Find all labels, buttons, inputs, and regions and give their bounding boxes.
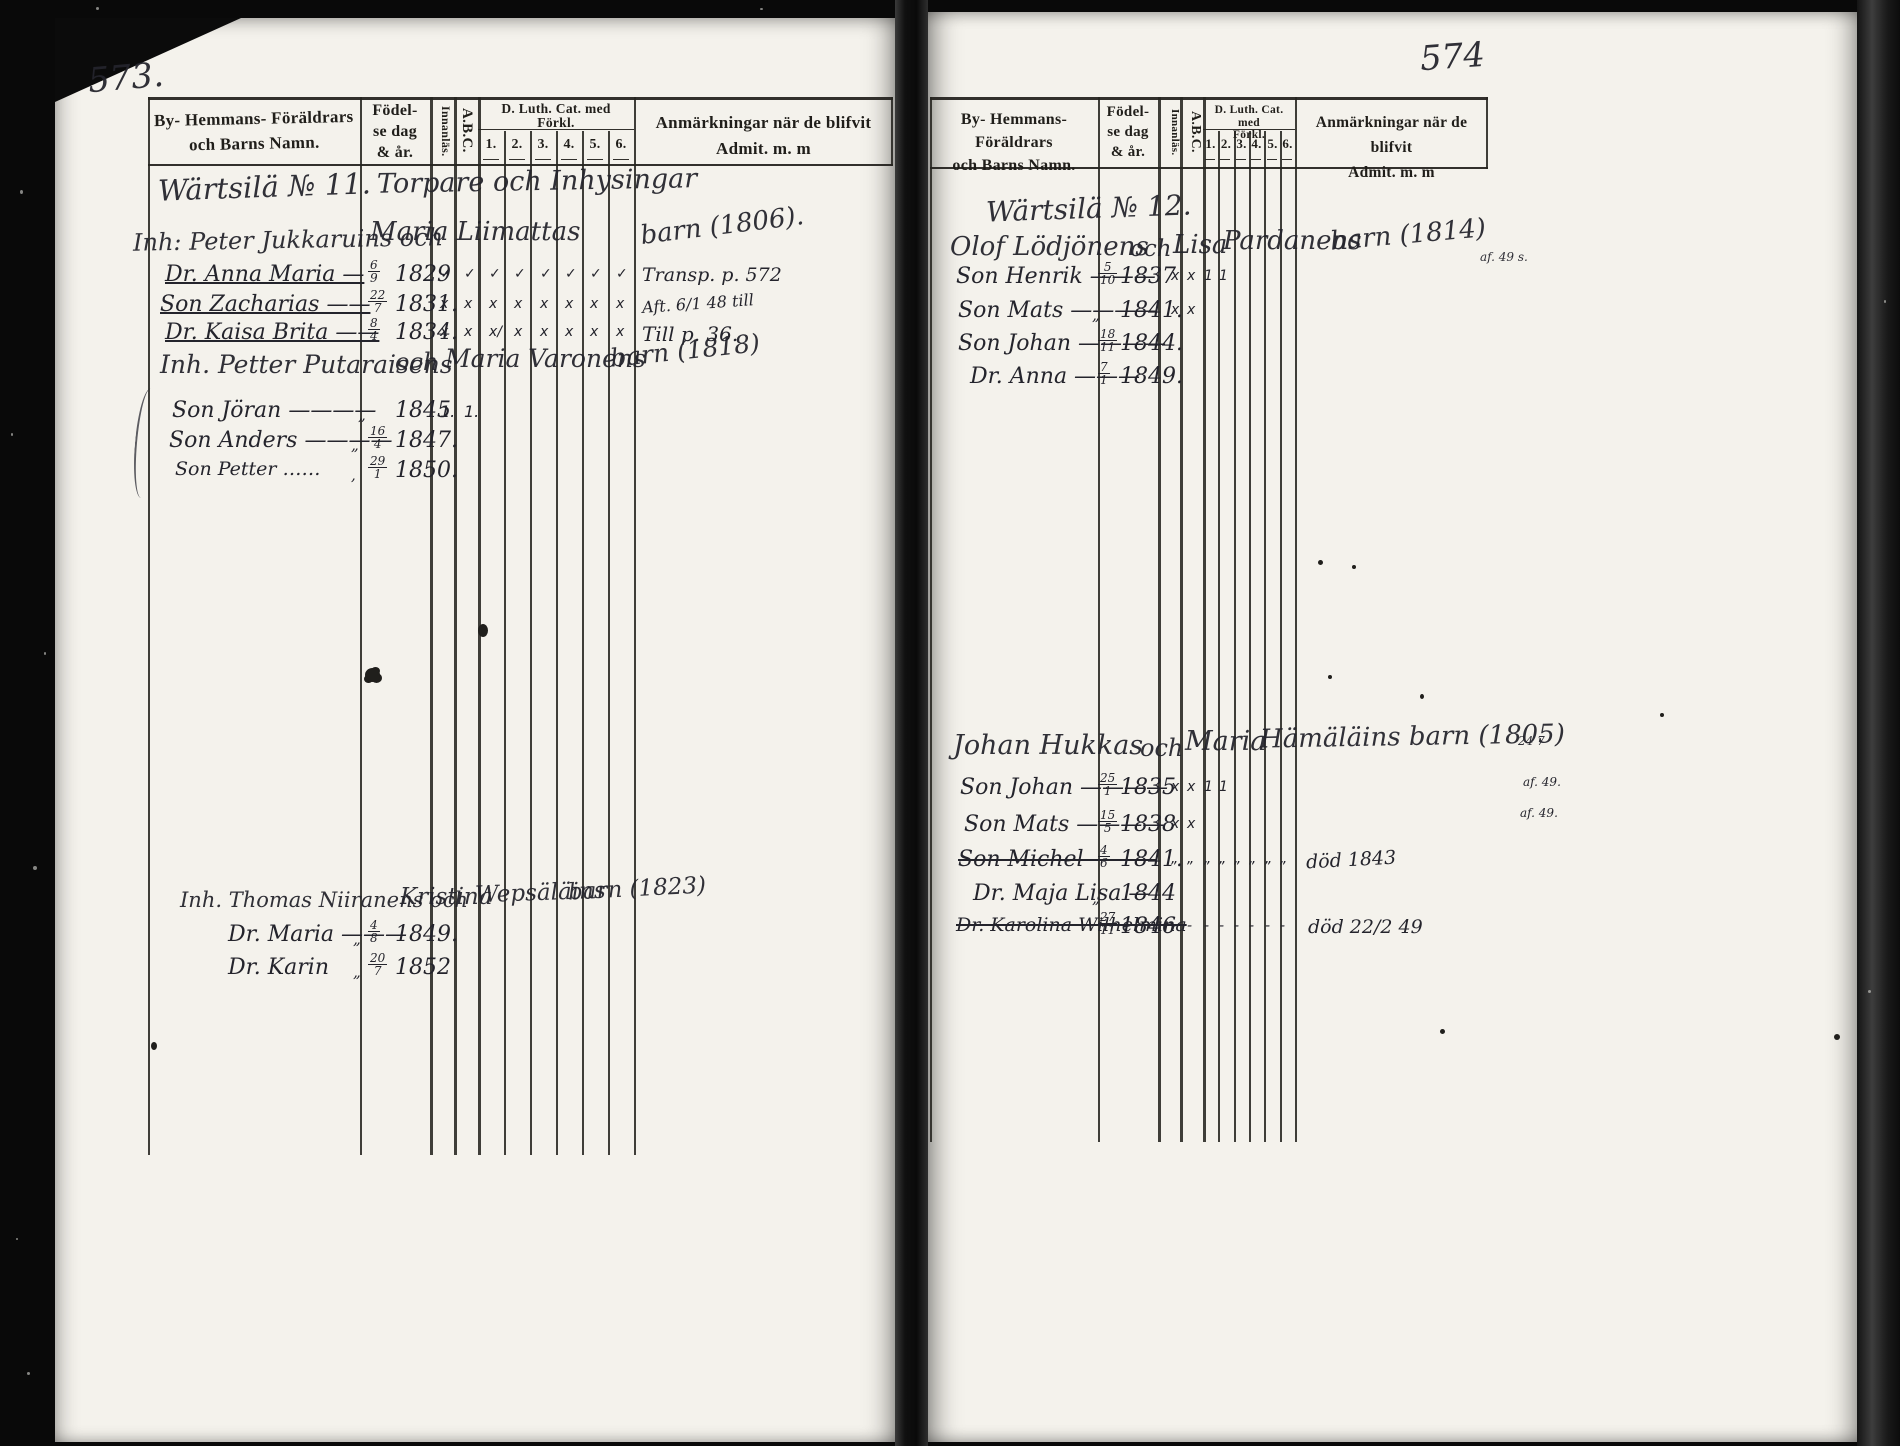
header-rule-right — [1486, 97, 1488, 169]
exam-mark: x — [1187, 779, 1195, 795]
header-remarks-line1: Anmärkningar när de blifvit — [1295, 110, 1488, 160]
child-name: Son Jöran ———— — [172, 398, 376, 423]
header-birth-line1: Födel- — [360, 100, 430, 121]
header-cat-col-6: 6. — [1280, 136, 1295, 152]
exam-mark: x — [1187, 268, 1195, 284]
birth-year: 1849. — [395, 922, 458, 947]
family-och: och — [395, 348, 438, 376]
page-number: 574 — [1419, 35, 1487, 79]
exam-mark: ✓ — [464, 266, 476, 282]
exam-mark: 1 — [1204, 779, 1213, 795]
birth-date-month: 1 — [1098, 785, 1117, 797]
exam-mark: ✓ — [540, 266, 552, 282]
exam-mark: ✓ — [590, 266, 602, 282]
remark: af. 49. — [1523, 775, 1561, 789]
cat-number-underline — [1251, 159, 1261, 160]
scan-speck — [33, 866, 37, 870]
birth-date-month: 7 — [368, 965, 387, 977]
exam-mark: „ — [1204, 851, 1211, 867]
birth-date-month: 5 — [1098, 822, 1117, 834]
exam-mark: x — [489, 296, 497, 312]
header-remarks-line2: Admit. m. m — [634, 136, 893, 162]
ditto-mark: , — [351, 466, 356, 484]
exam-mark: 1 — [1219, 268, 1228, 284]
exam-mark: x — [590, 324, 598, 340]
record-row: Son Anders ———— „ 164 1847. — [55, 428, 895, 460]
header-names-column: By- Hemmans- Föräldrars och Barns Namn. — [147, 104, 360, 158]
header-cat-col-4: 4. — [556, 137, 582, 153]
ink-blot — [151, 1042, 157, 1050]
cat-number-underline — [1205, 159, 1215, 160]
exam-mark: x — [514, 296, 522, 312]
exam-mark: x — [1171, 779, 1179, 795]
column-rule — [634, 97, 636, 1155]
header-rule-top — [148, 97, 893, 100]
birth-year: 1831. — [395, 292, 458, 317]
scan-speck — [760, 8, 763, 10]
record-row: Son Henrik ——— 510 1837 x x 1 1 — [928, 264, 1857, 296]
ink-blot — [1352, 565, 1356, 569]
header-abc-column: A.B.C. — [1183, 100, 1203, 164]
exam-mark: x — [1171, 816, 1179, 832]
exam-mark: ✓ — [489, 266, 501, 282]
ink-blot — [1328, 675, 1332, 679]
ink-blot — [478, 624, 488, 637]
header-birth-column: Födel- se dag & år. — [360, 100, 430, 163]
birth-year: 1844. — [1120, 331, 1183, 356]
record-row: Son Petter …… , 291 1850. — [55, 458, 895, 490]
record-row: Son Johan ———— 251 1835 x x 1 1 af. 49. — [928, 775, 1857, 807]
header-names-line2: och Barns Namn. — [930, 154, 1098, 177]
birth-date-month: 4 — [368, 438, 387, 450]
scan-speck — [1884, 300, 1886, 303]
birth-date: 227 — [368, 289, 387, 314]
header-birth-line3: & år. — [360, 142, 430, 163]
cat-number-underline — [483, 159, 499, 160]
column-rule — [930, 97, 932, 1142]
header-abc-column: A.B.C. — [455, 98, 475, 162]
column-rule — [430, 97, 433, 1155]
cat-number-underline — [535, 159, 551, 160]
header-catechism-line1: D. Luth. Cat. med — [1203, 104, 1295, 129]
exam-mark: ✓ — [565, 266, 577, 282]
family-mother: Maria Liimattas — [370, 217, 580, 247]
birth-date-month: 9 — [368, 272, 380, 284]
header-rule-top — [930, 97, 1488, 100]
column-rule — [454, 97, 457, 1155]
birth-date-month: 4 — [368, 330, 380, 342]
exam-mark: - — [1280, 918, 1285, 934]
ink-blot — [1834, 1034, 1840, 1040]
exam-mark: x — [616, 324, 624, 340]
family-children-year: barn (1806). — [639, 201, 806, 251]
family-och: och — [1130, 236, 1172, 262]
record-row: Son Johan ———— 1811 1844. — [928, 331, 1857, 363]
birth-date-month: 11 — [1098, 341, 1117, 353]
cat-number-underline — [1220, 159, 1230, 160]
birth-year: 1838 — [1120, 812, 1176, 837]
birth-date: 1811 — [1098, 328, 1117, 353]
header-birth-line1: Födel- — [1098, 102, 1158, 122]
child-name: Son Petter …… — [175, 458, 321, 480]
header-cat-col-6: 6. — [608, 137, 634, 153]
exam-mark: - — [1265, 918, 1270, 934]
ink-blot — [1660, 713, 1664, 717]
record-row: Son Jöran ———— „ 1845 1. 1. — [55, 398, 895, 430]
child-name: Dr. Kaisa Brita —— — [165, 320, 379, 345]
header-cat-col-3: 3. — [1234, 136, 1249, 152]
scan-speck — [16, 1238, 18, 1240]
birth-date-month: 1 — [1098, 374, 1110, 386]
header-reading-column: Innanläs. — [433, 100, 453, 162]
catechism-subrule — [478, 129, 634, 130]
record-row: Dr. Karin „ 207 1852 — [55, 955, 895, 987]
header-names-line1: By- Hemmans- Föräldrars — [147, 104, 359, 133]
ink-blot — [1440, 1029, 1445, 1034]
child-name: Dr. Maria ——— — [228, 922, 407, 947]
birth-date-month: 7 — [368, 302, 387, 314]
exam-mark: - — [1171, 918, 1176, 934]
section-heading-text: Torpare och Inhysingar — [377, 163, 698, 200]
exam-mark: x — [1187, 816, 1195, 832]
birth-date: 155 — [1098, 809, 1117, 834]
header-remarks-line2: Admit. m. m — [1295, 160, 1488, 185]
header-cat-col-4: 4. — [1249, 136, 1264, 152]
birth-year: 1852 — [395, 955, 451, 980]
remark: Transp. p. 572 — [642, 264, 782, 286]
header-cat-col-2: 2. — [504, 137, 530, 153]
header-remarks-line1: Anmärkningar när de blifvit — [634, 110, 893, 136]
cat-number-underline — [1236, 159, 1246, 160]
birth-year: 1834. — [395, 320, 458, 345]
scan-right-edge — [1857, 0, 1900, 1446]
header-catechism-line1: D. Luth. Cat. med — [478, 102, 634, 116]
birth-date-month: 8 — [368, 932, 380, 944]
exam-mark: „ — [1249, 851, 1256, 867]
header-birth-column: Födel- se dag & år. — [1098, 102, 1158, 162]
ditto-mark: „ — [1092, 889, 1100, 907]
birth-date: 69 — [368, 259, 380, 284]
birth-year: 1846 — [1120, 914, 1176, 939]
page-right: 574 By- Hemmans- Föräldrars och Barns Na… — [928, 12, 1857, 1442]
cat-number-underline — [509, 159, 525, 160]
header-cat-col-5: 5. — [582, 137, 608, 153]
birth-year: 1844 — [1120, 881, 1176, 906]
record-row: Dr. Anna Maria — 69 1829 ✓ ✓ ✓ ✓ ✓ ✓ ✓ ✓… — [55, 262, 895, 294]
header-cat-col-3: 3. — [530, 137, 556, 153]
family-mother-first: Lisa — [1173, 230, 1227, 260]
header-cat-col-5: 5. — [1265, 136, 1280, 152]
cat-number-underline — [587, 159, 603, 160]
birth-date: 71 — [1098, 361, 1110, 386]
family-remark: af. 49 s. — [1480, 250, 1528, 264]
record-row: Son Mats ———— „ 1841. x x — [928, 298, 1857, 330]
exam-mark: 1 — [1219, 779, 1228, 795]
exam-mark: x — [1171, 302, 1179, 318]
birth-date: 84 — [368, 317, 380, 342]
scanned-parish-register-spread: 573. By- Hemmans- Föräldrars och Barns N… — [0, 0, 1900, 1446]
exam-mark: ✓ — [440, 266, 452, 282]
remark: död 1843 — [1305, 847, 1396, 874]
birth-date: 46 — [1098, 844, 1110, 869]
exam-mark: ✓ — [514, 266, 526, 282]
exam-mark: „ — [1280, 851, 1287, 867]
section-heading-number: Wärtsilä № 11. — [157, 166, 371, 207]
exam-mark: - — [1187, 918, 1192, 934]
record-row: Dr. Anna ——— 71 1849. — [928, 364, 1857, 396]
exam-mark: x — [1187, 302, 1195, 318]
exam-mark: - — [1219, 918, 1224, 934]
record-row: Dr. Karolina Wilhelmina 2711 1846 - - - … — [928, 914, 1857, 946]
record-row: Dr. Maja Lisa — „ 1844 — [928, 881, 1857, 913]
catechism-subrule — [1203, 129, 1295, 130]
page-left: 573. By- Hemmans- Föräldrars och Barns N… — [55, 18, 895, 1442]
child-name: Son Anders ———— — [169, 428, 392, 453]
exam-mark: 1. — [440, 402, 455, 421]
birth-date: 164 — [368, 425, 387, 450]
exam-mark: x — [616, 296, 624, 312]
family-father: Olof Lödjönens — [950, 232, 1149, 262]
scan-speck — [1868, 990, 1871, 993]
header-rule-right — [891, 97, 893, 166]
birth-date-month: 6 — [1098, 857, 1110, 869]
exam-mark: x — [464, 324, 472, 340]
ditto-mark: „ — [1092, 306, 1100, 324]
exam-mark: - — [1249, 918, 1254, 934]
birth-date: 48 — [368, 919, 380, 944]
exam-mark: x — [540, 296, 548, 312]
scan-speck — [20, 190, 23, 194]
birth-date-month: 10 — [1098, 274, 1117, 286]
header-remarks-column: Anmärkningar när de blifvit Admit. m. m — [1295, 110, 1488, 185]
exam-mark: x — [514, 324, 522, 340]
header-cat-col-1: 1. — [478, 137, 504, 153]
scan-speck — [11, 433, 13, 436]
exam-mark: x — [540, 324, 548, 340]
header-names-line2: och Barns Namn. — [148, 129, 360, 158]
ditto-mark: „ — [358, 406, 366, 424]
exam-mark: „ — [1187, 851, 1194, 867]
record-row: Son Mats ———— 155 1838 x x af. 49. — [928, 812, 1857, 844]
child-name: Dr. Karin — [228, 955, 329, 980]
exam-mark: „ — [1219, 851, 1226, 867]
birth-year: 1835 — [1120, 775, 1176, 800]
header-catechism-column: D. Luth. Cat. med Förkl. — [478, 102, 634, 130]
family-children-year: barn (1814) — [1329, 213, 1487, 256]
birth-date: 291 — [368, 455, 387, 480]
family-mother-first: Maria — [1185, 726, 1266, 757]
remark: Aft. 6/1 48 till — [641, 290, 754, 317]
ink-blot — [1420, 694, 1424, 699]
header-birth-line2: se dag — [1098, 122, 1158, 142]
family-remark: 24 7 — [1518, 734, 1545, 748]
birth-year: 1849. — [1120, 364, 1183, 389]
ink-blot — [1318, 560, 1323, 565]
record-row: Dr. Maria ——— „ 48 1849. — [55, 922, 895, 954]
exam-mark: „ — [1234, 851, 1241, 867]
header-cat-col-2: 2. — [1218, 136, 1234, 152]
exam-mark: ✓ — [616, 266, 628, 282]
header-birth-line3: & år. — [1098, 142, 1158, 162]
birth-year: 1847. — [395, 428, 458, 453]
column-rule — [360, 97, 362, 1155]
header-remarks-column: Anmärkningar när de blifvit Admit. m. m — [634, 110, 893, 162]
exam-mark: „ — [1265, 851, 1272, 867]
birth-date: 207 — [368, 952, 387, 977]
exam-mark: x — [1171, 268, 1179, 284]
remark: död 22/2 49 — [1308, 916, 1423, 938]
cat-number-underline — [1267, 159, 1277, 160]
header-catechism-line2: Förkl. — [478, 116, 634, 130]
ditto-mark: „ — [353, 963, 361, 981]
child-name: Dr. Anna ——— — [970, 364, 1140, 389]
header-rule-bottom — [930, 167, 1488, 169]
exam-mark: x — [464, 296, 472, 312]
family-och: och — [1140, 734, 1183, 762]
child-name: Son Zacharias —— — [160, 292, 370, 317]
exam-mark: x — [440, 324, 448, 340]
exam-mark: 1 — [1204, 268, 1213, 284]
exam-mark: „ — [1171, 851, 1178, 867]
book-spine — [895, 0, 928, 1446]
birth-year: 1837 — [1120, 264, 1176, 289]
exam-mark: - — [1204, 918, 1209, 934]
section-heading-number: Wärtsilä № 12. — [985, 188, 1192, 228]
child-name: Dr. Anna Maria — — [165, 262, 364, 287]
exam-mark: x — [440, 296, 448, 312]
header-reading-column: Innanläs. — [1161, 102, 1181, 162]
birth-date: 2711 — [1098, 911, 1117, 936]
page-number: 573. — [86, 55, 165, 101]
header-birth-line2: se dag — [360, 121, 430, 142]
cat-number-underline — [561, 159, 577, 160]
birth-year: 1850. — [395, 458, 458, 483]
birth-date-month: 1 — [368, 468, 387, 480]
exam-mark: - — [1234, 918, 1239, 934]
cat-number-underline — [613, 159, 629, 160]
exam-mark: x — [565, 296, 573, 312]
scan-speck — [44, 652, 46, 655]
scan-speck — [96, 7, 99, 10]
header-names-line1: By- Hemmans- Föräldrars — [930, 108, 1098, 154]
family-father: Johan Hukkas — [953, 730, 1143, 761]
ditto-mark: „ — [351, 436, 359, 454]
exam-mark: x/ — [489, 324, 502, 340]
birth-date: 510 — [1098, 261, 1117, 286]
remark: af. 49. — [1520, 806, 1558, 820]
cat-number-underline — [1282, 159, 1292, 160]
exam-mark: 1. — [464, 402, 479, 421]
ditto-mark: „ — [353, 930, 361, 948]
birth-date: 251 — [1098, 772, 1117, 797]
exam-mark: x — [590, 296, 598, 312]
scan-speck — [27, 1372, 30, 1375]
record-row: Son Michel ——— 46 1841. „ „ „ „ „ „ „ „ … — [928, 847, 1857, 879]
birth-date-month: 11 — [1098, 924, 1117, 936]
exam-mark: x — [565, 324, 573, 340]
ink-blot — [365, 668, 380, 682]
